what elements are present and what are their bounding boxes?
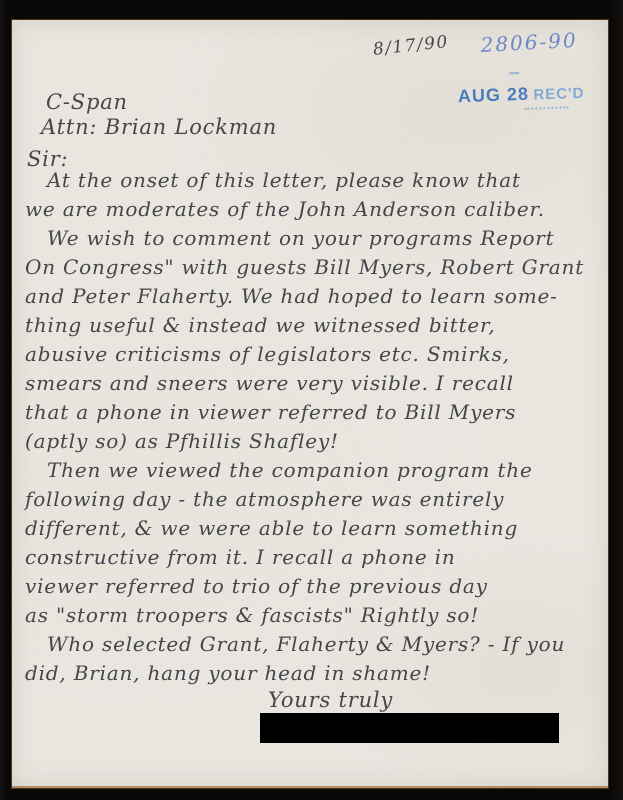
letter-line: that a phone in viewer referred to Bill … <box>25 398 605 427</box>
letter-line: We wish to comment on your programs Repo… <box>25 224 605 253</box>
control-number: 2806-90 <box>480 28 578 57</box>
closing: Yours truly <box>268 688 393 712</box>
letter-line: (aptly so) as Pfhillis Shafley! <box>25 427 605 456</box>
stamp-ink-mark <box>509 72 519 74</box>
letter-line: constructive from it. I recall a phone i… <box>25 543 605 572</box>
letter-line: Who selected Grant, Flaherty & Myers? - … <box>25 630 605 659</box>
letter-line: On Congress" with guests Bill Myers, Rob… <box>25 253 605 282</box>
handwritten-date: 8/17/90 <box>372 32 450 60</box>
letter-line: viewer referred to trio of the previous … <box>25 572 605 601</box>
letter-line: we are moderates of the John Anderson ca… <box>25 195 605 224</box>
scan-background: 8/17/90 2806-90 AUG 28 REC'D C-Span Attn… <box>0 0 623 800</box>
letter-line: different, & we were able to learn somet… <box>25 514 605 543</box>
letter-line: thing useful & instead we witnessed bitt… <box>25 311 605 340</box>
letter-line: as "storm troopers & fascists" Rightly s… <box>25 601 605 630</box>
letter-line: At the onset of this letter, please know… <box>25 166 605 195</box>
stamp-dotted-line <box>524 106 568 110</box>
redaction-box <box>260 713 559 743</box>
letter-page: 8/17/90 2806-90 AUG 28 REC'D C-Span Attn… <box>12 20 608 788</box>
recipient-attention: Attn: Brian Lockman <box>41 115 277 139</box>
letter-body: At the onset of this letter, please know… <box>25 166 605 688</box>
received-stamp: AUG 28 REC'D <box>458 82 585 112</box>
letter-line: following day - the atmosphere was entir… <box>25 485 605 514</box>
letter-line: smears and sneers were very visible. I r… <box>25 369 605 398</box>
recipient-name: C-Span <box>46 90 128 114</box>
letter-line: abusive criticisms of legislators etc. S… <box>25 340 605 369</box>
letter-line: Then we viewed the companion program the <box>25 456 605 485</box>
stamp-recd-text: REC'D <box>533 85 585 104</box>
letter-line: did, Brian, hang your head in shame! <box>25 659 605 688</box>
letter-line: and Peter Flaherty. We had hoped to lear… <box>25 282 605 311</box>
stamp-date-text: AUG 28 <box>458 84 530 106</box>
